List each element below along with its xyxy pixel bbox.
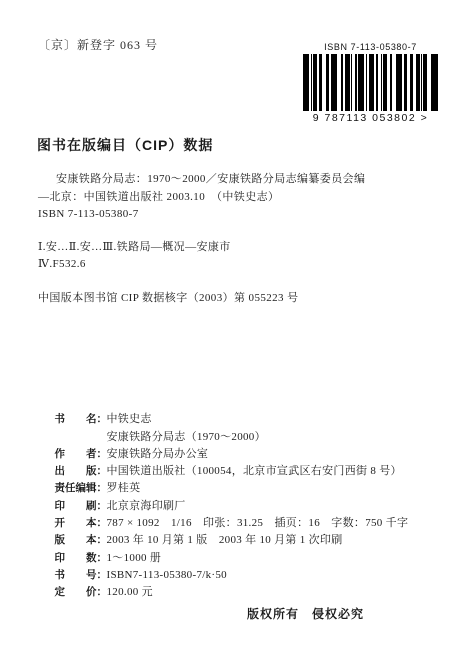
colophon-value: 1～1000 册 xyxy=(107,552,162,564)
isbn-barcode: ISBN 7-113-05380-7 9 787113 053802 > xyxy=(303,42,438,124)
colophon-value: 安康铁路分局志（1970～2000） xyxy=(107,431,266,443)
colophon-value: ISBN7-113-05380-7/k·50 xyxy=(107,569,227,581)
barcode-isbn-text: ISBN 7-113-05380-7 xyxy=(303,42,438,52)
colophon-label: 书 号： xyxy=(55,567,107,584)
copyright-notice: 版权所有 侵权必究 xyxy=(247,605,364,622)
cip-heading: 图书在版编目（CIP）数据 xyxy=(37,135,213,155)
colophon-label: 印 数： xyxy=(55,550,107,567)
barcode-number-text: 9 787113 053802 > xyxy=(303,112,438,124)
colophon-value: 中铁史志 xyxy=(107,413,152,425)
book-copyright-page: 〔京〕新登字 063 号 ISBN 7-113-05380-7 9 787113… xyxy=(0,0,450,657)
cip-publisher-statement: —北京：中国铁道出版社 2003.10 （中铁史志） xyxy=(38,189,418,207)
colophon-value: 安康铁路分局办公室 xyxy=(107,448,209,460)
colophon-value: 120.00 元 xyxy=(107,586,153,598)
registration-number: 〔京〕新登字 063 号 xyxy=(38,36,158,53)
cip-record-number-line: 中国版本图书馆 CIP 数据核字（2003）第 055223 号 xyxy=(38,290,418,308)
colophon-label: 开 本： xyxy=(55,515,107,532)
cip-data-block: 安康铁路分局志：1970～2000／安康铁路分局志编纂委员会编 —北京：中国铁道… xyxy=(38,171,418,308)
colophon-value: 罗桂英 xyxy=(107,482,141,494)
colophon-value: 787 × 1092 1/16 印张：31.25 插页：16 字数：750 千字 xyxy=(107,517,409,529)
colophon-value: 中国铁道出版社（100054，北京市宣武区右安门西街 8 号） xyxy=(107,465,402,477)
colophon-label: 书 名： xyxy=(55,411,107,428)
colophon-label: 版 本： xyxy=(55,532,107,549)
colophon-value: 2003 年 10 月第 1 版 2003 年 10 月第 1 次印刷 xyxy=(107,534,343,546)
colophon-label: 责任编辑： xyxy=(55,480,107,497)
colophon-row-title: 书 名：中铁史志 xyxy=(38,394,428,411)
cip-isbn-line: ISBN 7-113-05380-7 xyxy=(38,206,418,224)
colophon-value: 北京京海印刷厂 xyxy=(107,500,186,512)
colophon-label: 印 刷： xyxy=(55,498,107,515)
colophon-block: 书 名：中铁史志 安康铁路分局志（1970～2000） 作 者：安康铁路分局办公… xyxy=(38,394,428,584)
cip-class-number-line: Ⅳ.F532.6 xyxy=(38,256,418,274)
cip-classification-line: Ⅰ.安…Ⅱ.安…Ⅲ.铁路局—概况—安康市 xyxy=(38,239,418,257)
barcode-bars-graphic xyxy=(303,54,438,111)
colophon-label: 定 价： xyxy=(55,584,107,601)
cip-title-statement: 安康铁路分局志：1970～2000／安康铁路分局志编纂委员会编 xyxy=(38,171,418,189)
colophon-label: 作 者： xyxy=(55,446,107,463)
colophon-label: 出 版： xyxy=(55,463,107,480)
